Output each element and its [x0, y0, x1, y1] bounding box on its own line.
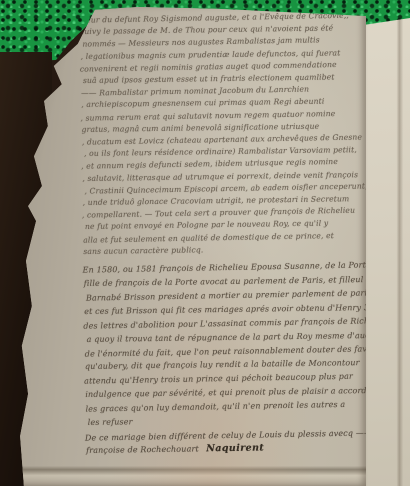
manuscript-photo: sœur du defunt Roy Sigismond auguste, et…	[0, 0, 410, 486]
handwriting-block: sœur du defunt Roy Sigismond auguste, et…	[80, 10, 388, 458]
paragraph: De ce mariage bien différent de celuy de…	[86, 427, 388, 458]
paragraph: En 1580, ou 1581 françois de Richelieu E…	[83, 259, 387, 430]
manuscript-page: sœur du defunt Roy Sigismond auguste, et…	[18, 6, 366, 486]
emphasized-word-naquirent: Naquirent	[199, 443, 265, 455]
paragraph: sœur du defunt Roy Sigismond auguste, et…	[80, 10, 385, 258]
